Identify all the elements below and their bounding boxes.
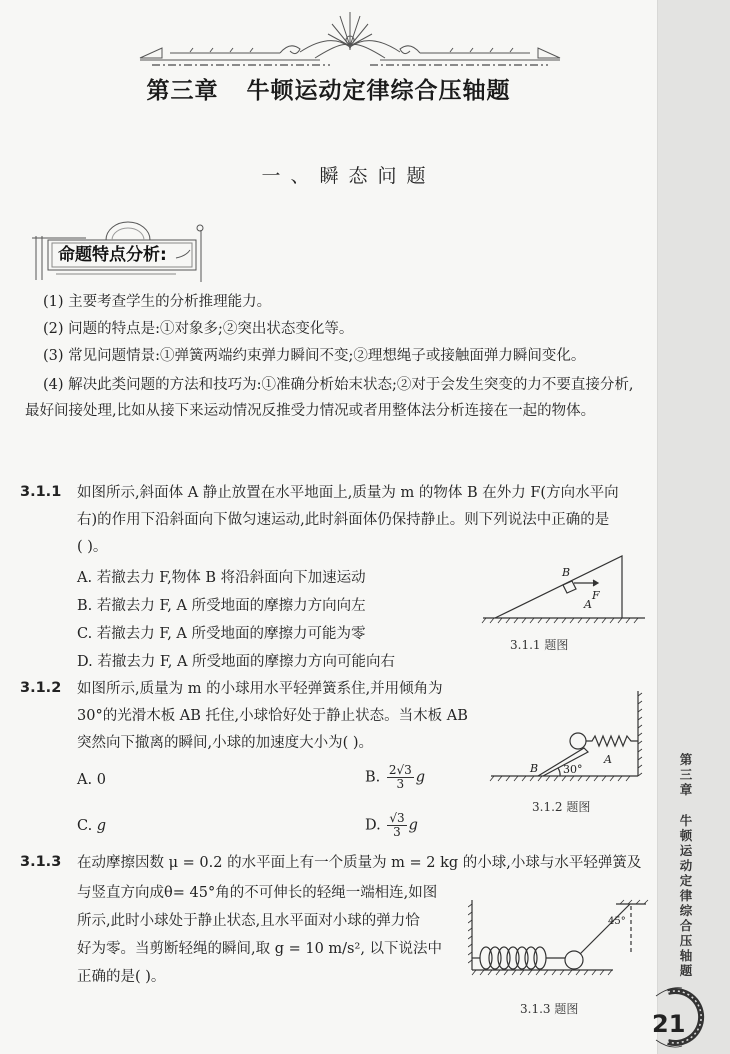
option-a: A. 0 bbox=[77, 772, 106, 788]
question-text-line: 突然向下撤离的瞬间,小球的加速度大小为( )。 bbox=[77, 732, 373, 754]
chapter-name: 牛顿运动定律综合压轴题 bbox=[247, 78, 511, 104]
question-text-line: 所示,此时小球处于静止状态,且水平面对小球的弹力恰 bbox=[77, 910, 420, 932]
decorative-ornament-icon bbox=[130, 8, 570, 70]
option-c: C. g bbox=[77, 818, 106, 834]
spring-rope-ball-diagram-icon: 45° bbox=[468, 892, 658, 992]
question-text-line: 好为零。当剪断轻绳的瞬间,取 g = 10 m/s², 以下说法中 bbox=[77, 938, 442, 960]
question-number: 3.1.2 bbox=[20, 680, 61, 696]
option-c: C. 若撤去力 F, A 所受地面的摩擦力可能为零 bbox=[77, 622, 366, 643]
page-number: 21 bbox=[652, 1010, 685, 1038]
svg-text:A: A bbox=[583, 598, 592, 611]
spring-board-diagram-icon: B A 30° bbox=[488, 688, 653, 788]
question-text-line: 如图所示,斜面体 A 静止放置在水平地面上,质量为 m 的物体 B 在外力 F(… bbox=[77, 482, 619, 504]
section-title: 一、瞬态问题 bbox=[0, 161, 657, 188]
question-answer-blank: ( )。 bbox=[77, 536, 107, 558]
incline-diagram-icon: B F A bbox=[480, 548, 655, 628]
figure-caption: 3.1.1 题图 bbox=[510, 636, 568, 653]
fraction: 2√33 bbox=[387, 764, 414, 791]
question-text-line: 30°的光滑木板 AB 托住,小球恰好处于静止状态。当木板 AB bbox=[77, 705, 468, 727]
question-text-line: 在动摩擦因数 μ = 0.2 的水平面上有一个质量为 m = 2 kg 的小球,… bbox=[77, 852, 641, 874]
svg-text:F: F bbox=[591, 589, 600, 602]
question-text-line: 右)的作用下沿斜面向下做匀速运动,此时斜面体仍保持静止。则下列说法中正确的是 bbox=[77, 509, 609, 531]
svg-text:30°: 30° bbox=[563, 763, 583, 776]
svg-text:B: B bbox=[561, 566, 570, 579]
badge-label: 命题特点分析: bbox=[58, 240, 167, 265]
option-b: B. 若撤去力 F, A 所受地面的摩擦力方向向左 bbox=[77, 594, 366, 615]
fraction: √33 bbox=[387, 812, 406, 839]
svg-text:45°: 45° bbox=[608, 916, 626, 927]
figure-caption: 3.1.3 题图 bbox=[520, 1000, 578, 1017]
chapter-number: 第三章 bbox=[147, 78, 219, 104]
analysis-point-1: (1) 主要考查学生的分析推理能力。 bbox=[25, 291, 640, 313]
analysis-point-4: (4) 解决此类问题的方法和技巧为:①准确分析始末状态;②对于会发生突变的力不要… bbox=[25, 372, 640, 424]
chapter-title: 第三章牛顿运动定律综合压轴题 bbox=[0, 72, 657, 105]
figure-caption: 3.1.2 题图 bbox=[532, 798, 590, 815]
question-answer-blank: 正确的是( )。 bbox=[77, 966, 165, 988]
option-d: D. 若撤去力 F, A 所受地面的摩擦力方向可能向右 bbox=[77, 650, 395, 671]
question-number: 3.1.1 bbox=[20, 484, 61, 500]
option-b: B. 2√33g bbox=[365, 764, 425, 791]
analysis-point-3: (3) 常见问题情景:①弹簧两端约束弹力瞬间不变;②理想绳子或接触面弹力瞬间变化… bbox=[25, 345, 640, 367]
side-chapter-label: 第 三 章 牛 顿 运 动 定 律 综 合 压 轴 题 bbox=[676, 752, 696, 978]
svg-text:A: A bbox=[603, 753, 612, 766]
analysis-point-2: (2) 问题的特点是:①对象多;②突出状态变化等。 bbox=[25, 318, 640, 340]
question-text-line: 与竖直方向成θ= 45°角的不可伸长的轻绳一端相连,如图 bbox=[77, 882, 437, 904]
svg-text:B: B bbox=[529, 762, 538, 775]
option-d: D. √33g bbox=[365, 812, 418, 839]
option-a: A. 若撤去力 F,物体 B 将沿斜面向下加速运动 bbox=[77, 566, 366, 587]
question-number: 3.1.3 bbox=[20, 854, 61, 870]
question-text-line: 如图所示,质量为 m 的小球用水平轻弹簧系住,并用倾角为 bbox=[77, 678, 443, 700]
